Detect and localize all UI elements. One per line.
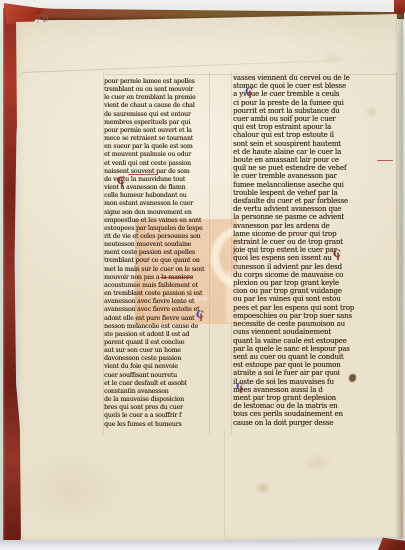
manuscript-text-line: et venli qui ont ceste passion [104, 160, 210, 168]
manuscript-text-line: en sueur par la quele est som [104, 143, 210, 151]
manuscript-text-line: pees et par les espens qui sont trop [233, 304, 396, 312]
manuscript-text-line: ment par trop grant deplesion [233, 394, 396, 402]
manuscript-text-line: ste passion et adont il est ad [104, 331, 210, 339]
manuscript-text-line: estraint le cuer ou de trop grant [233, 238, 396, 246]
manuscript-text-line: que les fumes et humeurs [104, 421, 210, 429]
manuscript-text-line: de la mauvaise disposicion [104, 396, 210, 404]
manuscript-text-line: a yveue le cuer tremble a ceuls [233, 90, 396, 98]
paraph-bars: ‖ [248, 90, 251, 98]
manuscript-text-line: chalour qui est trop estoute il [233, 131, 396, 139]
manuscript-text-line: ment ceste passion est apelles [104, 249, 210, 257]
manuscript-text-line: quant la vaine caule est estoupee [233, 337, 396, 345]
paraph-mark: C‖ [245, 90, 253, 99]
text-column-right: vasses viennent du cervel ou de lestomac… [233, 74, 396, 427]
manuscript-photo: 7b PATRIMONIO pour permie lamee est apel… [0, 0, 405, 550]
manuscript-text-line: et le cuer desfault et assobl [104, 380, 210, 388]
manuscript-text-line: le cuer en tremblant la premie [104, 94, 210, 102]
manuscript-text-line: trouble lespent de vehef par la [233, 189, 396, 197]
manuscript-text-line: pour permie sont ouvert et la [104, 127, 210, 135]
text-column-left: pour permie lamee est apellestremblant o… [104, 78, 210, 429]
manuscript-text-line: tremblant ou on sent mouvoir [104, 86, 210, 94]
manuscript-text-line: fumee melancoliense aseche qui [233, 181, 396, 189]
binding-corner-top-right [394, 0, 405, 14]
manuscript-text-line: de vertu advient avanesson que [233, 205, 396, 213]
paraph-mark: C‖ [333, 252, 341, 261]
manuscript-text-line: vient du foie qui nenvoie [104, 363, 210, 371]
manuscript-text-line: quil ne se puet estendre de vehef [233, 164, 396, 172]
paraph-bars: ‖ [120, 179, 123, 187]
manuscript-text-line: empoeschies ou par trop suer sans [233, 312, 396, 320]
manuscript-text-line: la personne se pasme ce advient [233, 213, 396, 221]
page-crease-vertical [224, 430, 225, 538]
manuscript-text-line: quels le cuer a a souffrir f [104, 412, 210, 420]
paraph-bars: ‖ [239, 385, 242, 393]
manuscript-text-line: neutesson muevent soudaine [104, 241, 210, 249]
manuscript-text-line: tremblant pour ce que quant on [104, 257, 210, 265]
manuscript-text-line: adont elle est pure fievre uant [104, 315, 210, 323]
manuscript-text-line: cuer ambi ou soif pour le cuer [233, 115, 396, 123]
manuscript-text-line: pourrit et mort la substance du [233, 107, 396, 115]
manuscript-text-line: celle humeur habondant ou [104, 192, 210, 200]
manuscript-text-line: cion ou par trop grant vuidange [233, 287, 396, 295]
manuscript-text-line: necessite de ceste paumoison au [233, 320, 396, 328]
manuscript-text-line: mon estant avanesson le cuer [104, 200, 210, 208]
manuscript-text-line: boute en amassant lair pour ce [233, 156, 396, 164]
manuscript-text-line: sent au cuer ou quant le conduit [233, 353, 396, 361]
manuscript-text-line: du corps sicome de mauvaise co [233, 271, 396, 279]
manuscript-text-line: empoestlue et les vaines en sont [104, 217, 210, 225]
manuscript-text-line: avanesson par les ardens de [233, 222, 396, 230]
manuscript-text-line: estoupees par lasqueles de lespe [104, 225, 210, 233]
ruling-line [396, 71, 397, 435]
manuscript-text-line: parent quant il est conclue [104, 339, 210, 347]
manuscript-text-line: mouvoir non pas a la maniere [104, 274, 210, 282]
manuscript-text-line: signe son den mouvement en [104, 209, 210, 217]
manuscript-text-line: de sauremisse qui est entour [104, 111, 210, 119]
paraph-bars: ‖ [336, 252, 339, 260]
manuscript-text-line: qui est trop estraint apour la [233, 123, 396, 131]
manuscript-text-line: desfaulte du cuer et par forblesse [233, 197, 396, 205]
manuscript-text-line: et de haute alaine car le cuer la [233, 148, 396, 156]
paraph-bars: ‖ [199, 313, 202, 321]
manuscript-text-line: quoi les espens sen issent au [233, 254, 396, 262]
manuscript-text-line: davonesson ceste passion [104, 355, 210, 363]
manuscript-text-line: rit de vie et celes persounes son [104, 233, 210, 241]
paraph-mark: C‖ [117, 179, 125, 188]
manuscript-text-line: cunesson il advient par les desd [233, 263, 396, 271]
manuscript-text-line: met la main sur le cuer on le sent [104, 266, 210, 274]
manuscript-text-line: ci pour la preste de la fumee qui [233, 99, 396, 107]
manuscript-text-line: acoustumee mais faiblement et [104, 282, 210, 290]
manuscript-text-line: nesson melancolie est cause de [104, 323, 210, 331]
manuscript-text-line: stomac de quoi le cuer est blesse [233, 82, 396, 90]
manuscript-text-line: vient de chaut a cause de chal [104, 102, 210, 110]
manuscript-text-line: ou par les vaines qui sont estou [233, 295, 396, 303]
manuscript-text-line: il oste de soi les mauvaises fu [233, 378, 396, 386]
manuscript-text-line: avanesson avec fievre lente et [104, 298, 210, 306]
manuscript-text-line: le cuer tremble avanesson par [233, 172, 396, 180]
manuscript-text-line: tous ces perils soudainement en [233, 410, 396, 418]
manuscript-text-line: lame sicome de prour qui trop [233, 230, 396, 238]
manuscript-text-line: constantin avanesson [104, 388, 210, 396]
backdrop-bottom-strip [0, 540, 405, 550]
manuscript-text-line: aut sur son cuer un home [104, 347, 210, 355]
manuscript-text-line: membres esperituels par qui [104, 119, 210, 127]
manuscript-text-line: sont sein et souspirent hautemt [233, 140, 396, 148]
manuscript-text-line: et meuvent psalmsie ou odur [104, 151, 210, 159]
manuscript-text-line: par la quele le sanc et lespour pas [233, 345, 396, 353]
manuscript-text-line: est estoupe par quoi le poumon [233, 361, 396, 369]
manuscript-text-line: de lestomac ou de la matris en [233, 402, 396, 410]
manuscript-text-line: cuer souffisant nourretu [104, 372, 210, 380]
paraph-mark: C‖ [236, 385, 244, 394]
manuscript-text-line: atraite a soi le fuer air par quoi [233, 369, 396, 377]
manuscript-text-line: avanesson avec fievre estoite et [104, 306, 210, 314]
manuscript-text-line: mees avanesson aussi la d [233, 386, 396, 394]
manuscript-text-line: vasses viennent du cervel ou de le [233, 74, 396, 82]
manuscript-text-line: en tremblant ceste passion si est [104, 290, 210, 298]
manuscript-text-line: joie qui trop estent le cuer par [233, 246, 396, 254]
manuscript-text-line: bres qui sont pres du cuer [104, 404, 210, 412]
manuscript-text-line: plexion ou par trop grant keyle [233, 279, 396, 287]
manuscript-text-line: cuns viennent soudainement [233, 328, 396, 336]
manuscript-text-line: cause on la doit purger desse [233, 419, 396, 427]
paraph-mark: C‖ [196, 313, 204, 322]
manuscript-text-line: mece se retraient se tournant [104, 135, 210, 143]
manuscript-text-line: pour permie lamee est apelles [104, 78, 210, 86]
